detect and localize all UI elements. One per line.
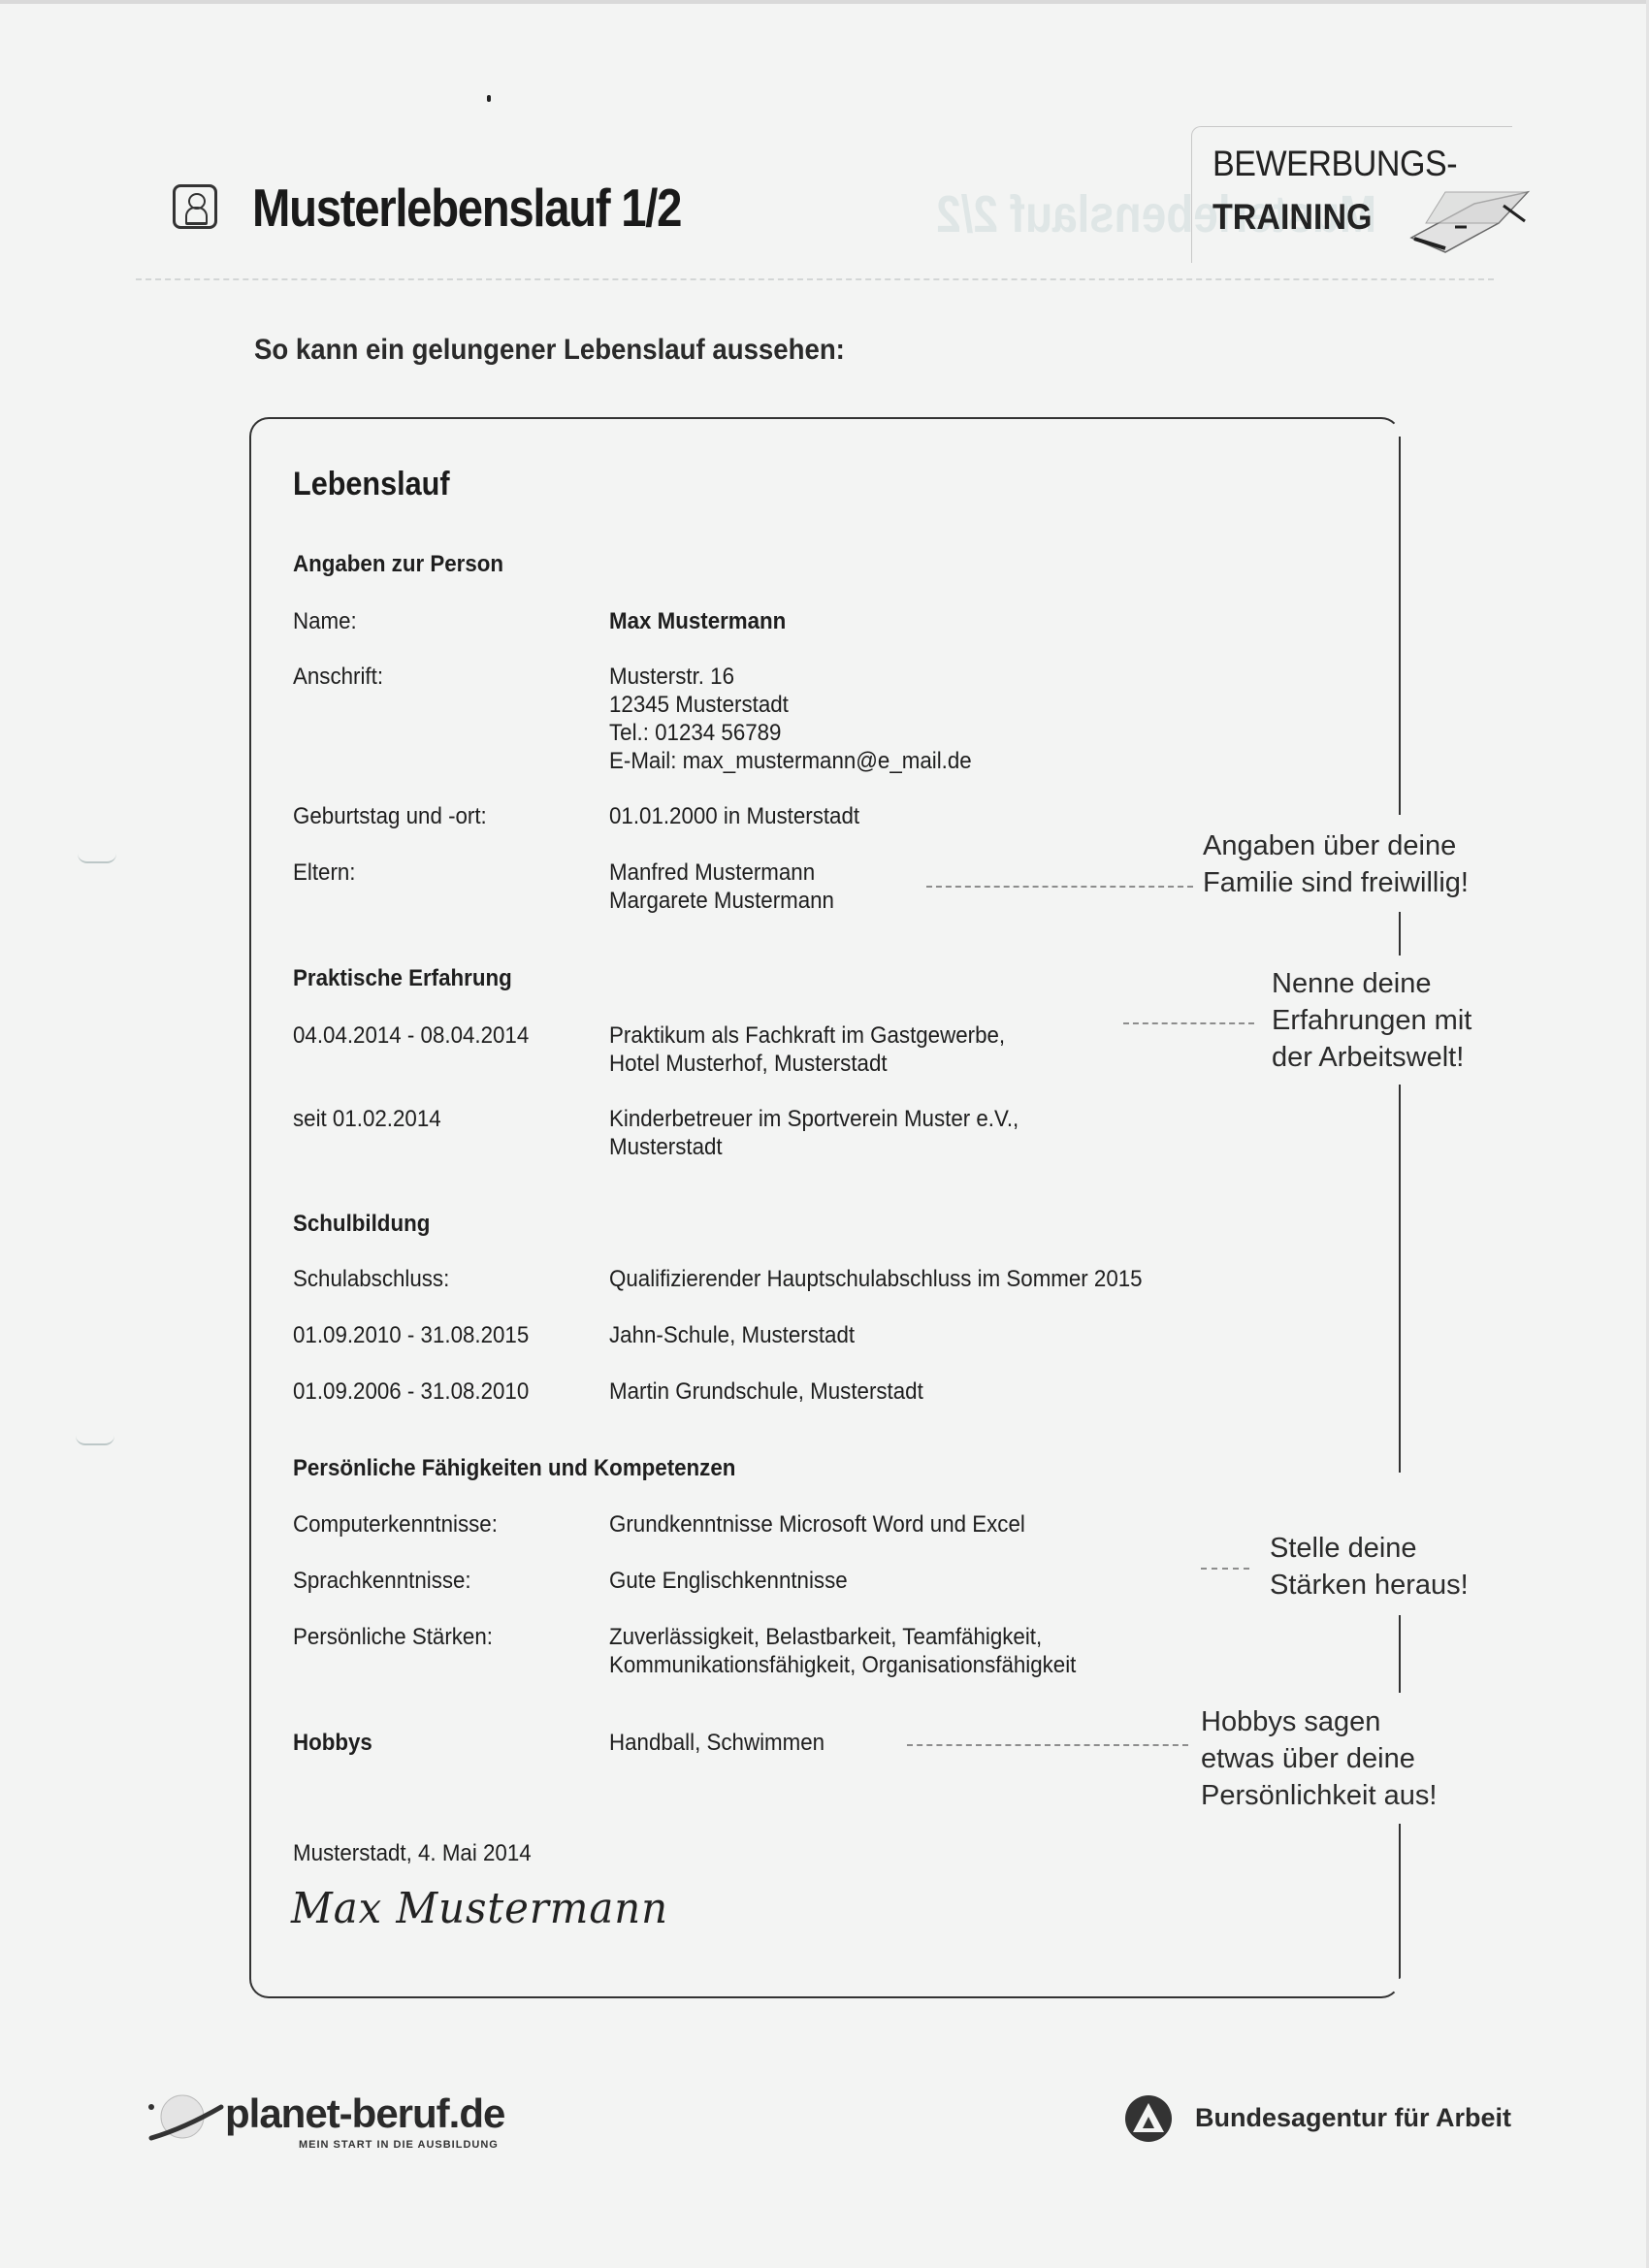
computer-skills-label: Computerkenntnisse:	[293, 1510, 498, 1539]
bundesagentur-logo: Bundesagentur für Arbeit	[1195, 2103, 1511, 2133]
section-heading-hobbies: Hobbys	[293, 1729, 372, 1757]
language-skills-value: Gute Englischkenntnisse	[609, 1567, 848, 1595]
scan-speck	[487, 95, 491, 102]
education-date: 01.09.2006 - 31.08.2010	[293, 1377, 529, 1406]
parents-value: Manfred Mustermann Margarete Mustermann	[609, 859, 851, 915]
brand-logo-line2: TRAINING	[1212, 197, 1373, 238]
address-email: E-Mail: max_mustermann@e_mail.de	[609, 747, 972, 775]
annotation-hobbies: Hobbys sagen etwas über deine Persönlich…	[1201, 1703, 1437, 1814]
experience-entry: Praktikum als Fachkraft im Gastgewerbe, …	[609, 1021, 1035, 1078]
computer-skills-value: Grundkenntnisse Microsoft Word und Excel	[609, 1510, 1025, 1539]
strengths-line: Zuverlässigkeit, Belastbarkeit, Teamfähi…	[609, 1623, 1076, 1651]
address-city: 12345 Musterstadt	[609, 691, 972, 719]
experience-date: 04.04.2014 - 08.04.2014	[293, 1021, 529, 1050]
annotation-line: Familie sind freiwillig!	[1203, 864, 1469, 901]
degree-value: Qualifizierender Hauptschulabschluss im …	[609, 1265, 1143, 1293]
parent-mother: Margarete Mustermann	[609, 887, 834, 915]
section-heading-education: Schulbildung	[293, 1210, 430, 1238]
hobbies-value: Handball, Schwimmen	[609, 1729, 824, 1757]
education-date: 01.09.2010 - 31.08.2015	[293, 1321, 529, 1349]
frame-right-segment	[1399, 1824, 1401, 1979]
birth-label: Geburtstag und -ort:	[293, 802, 487, 830]
annotation-experience: Nenne deine Erfahrungen mit der Arbeitsw…	[1272, 965, 1471, 1076]
name-label: Name:	[293, 607, 357, 635]
address-phone: Tel.: 01234 56789	[609, 719, 972, 747]
address-value: Musterstr. 16 12345 Musterstadt Tel.: 01…	[609, 663, 999, 775]
annotation-line: Stärken heraus!	[1270, 1567, 1469, 1604]
annotation-connector	[907, 1744, 1188, 1746]
document-icon	[1406, 184, 1533, 257]
frame-right-segment	[1399, 1085, 1401, 1473]
bundesagentur-icon	[1125, 2095, 1172, 2142]
planet-beruf-tagline: MEIN START IN DIE AUSBILDUNG	[299, 2139, 499, 2151]
punch-hole-mark	[78, 854, 116, 863]
experience-line: Hotel Musterhof, Musterstadt	[609, 1050, 1005, 1078]
frame-right-segment	[1399, 1615, 1401, 1693]
page-title: Musterlebenslauf 1/2	[252, 177, 681, 239]
section-heading-skills: Persönliche Fähigkeiten und Kompetenzen	[293, 1454, 735, 1482]
frame-right-segment	[1399, 437, 1401, 815]
signature: Max Mustermann	[291, 1884, 668, 1933]
experience-entry: Kinderbetreuer im Sportverein Muster e.V…	[609, 1105, 1050, 1161]
section-heading-person: Angaben zur Person	[293, 550, 503, 578]
annotation-line: Nenne deine	[1272, 965, 1471, 1002]
cv-title: Lebenslauf	[293, 466, 450, 503]
person-icon	[173, 184, 217, 229]
annotation-line: etwas über deine	[1201, 1740, 1437, 1777]
education-school: Jahn-Schule, Musterstadt	[609, 1321, 855, 1349]
annotation-line: Hobbys sagen	[1201, 1703, 1437, 1740]
experience-line: Kinderbetreuer im Sportverein Muster e.V…	[609, 1105, 1018, 1133]
name-value: Max Mustermann	[609, 607, 786, 635]
section-heading-experience: Praktische Erfahrung	[293, 964, 512, 992]
punch-hole-mark	[76, 1436, 114, 1445]
experience-line: Musterstadt	[609, 1133, 1018, 1161]
annotation-line: Angaben über deine	[1203, 827, 1469, 864]
annotation-connector	[926, 886, 1193, 888]
language-skills-label: Sprachkenntnisse:	[293, 1567, 471, 1595]
annotation-line: Persönlichkeit aus!	[1201, 1777, 1437, 1814]
address-street: Musterstr. 16	[609, 663, 972, 691]
experience-line: Praktikum als Fachkraft im Gastgewerbe,	[609, 1021, 1005, 1050]
degree-label: Schulabschluss:	[293, 1265, 449, 1293]
place-date: Musterstadt, 4. Mai 2014	[293, 1839, 532, 1867]
planet-beruf-logo: planet-beruf.de	[225, 2090, 504, 2137]
annotation-line: Erfahrungen mit	[1272, 1002, 1471, 1039]
strengths-value: Zuverlässigkeit, Belastbarkeit, Teamfähi…	[609, 1623, 1112, 1679]
education-school: Martin Grundschule, Musterstadt	[609, 1377, 923, 1406]
brand-logo-line1: BEWERBUNGS-	[1212, 144, 1457, 184]
annotation-connector	[1201, 1568, 1249, 1570]
intro-text: So kann ein gelungener Lebenslauf ausseh…	[254, 334, 845, 367]
annotation-line: Stelle deine	[1270, 1530, 1469, 1567]
parent-father: Manfred Mustermann	[609, 859, 834, 887]
address-label: Anschrift:	[293, 663, 383, 691]
birth-value: 01.01.2000 in Musterstadt	[609, 802, 859, 830]
strengths-line: Kommunikationsfähigkeit, Organisationsfä…	[609, 1651, 1076, 1679]
annotation-strengths: Stelle deine Stärken heraus!	[1270, 1530, 1469, 1604]
annotation-family: Angaben über deine Familie sind freiwill…	[1203, 827, 1469, 901]
header-divider	[136, 278, 1494, 280]
annotation-line: der Arbeitswelt!	[1272, 1039, 1471, 1076]
parents-label: Eltern:	[293, 859, 356, 887]
frame-right-segment	[1399, 912, 1401, 956]
strengths-label: Persönliche Stärken:	[293, 1623, 493, 1651]
experience-date: seit 01.02.2014	[293, 1105, 441, 1133]
annotation-connector	[1123, 1022, 1254, 1024]
scan-edge	[0, 0, 1649, 4]
